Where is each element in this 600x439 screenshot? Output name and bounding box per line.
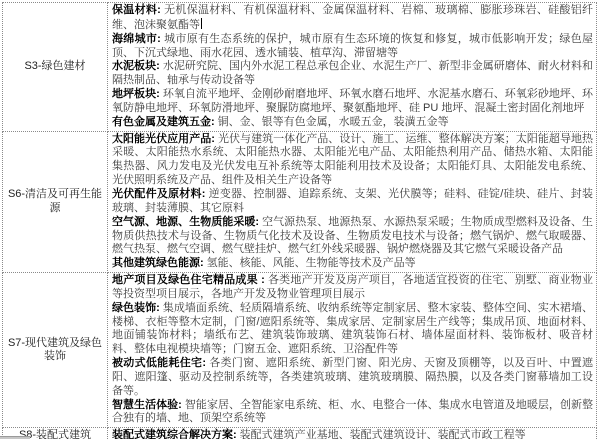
category-item: 有色金属及建筑五金:铜、金、银等有色金属，水暖五金，装潢五金等: [112, 116, 593, 130]
category-item: 装配式建筑综合解决方案:装配式建筑产业基地、装配式建筑设计、装配式市政工程等: [112, 429, 593, 439]
item-text: 无机保温材料、有机保温材料、金属保温材料、岩棉、玻璃棉、膨胀珍珠岩、硅酸铝纤维、…: [112, 4, 593, 31]
item-text: 智能家居、全智能家电系统、柜、水、电整合一体、集成水电管道及地暖层，创新整合独有…: [112, 399, 593, 425]
category-item: 地坪板块:环氧自流平地坪、金刚砂耐磨地坪、环氧水磨石地坪、水泥基水磨石、环氧彩砂…: [112, 88, 593, 116]
item-label: 地坪板块:: [112, 88, 160, 100]
item-label: 空气源、地源、生物质能采暖:: [112, 216, 259, 228]
table-row: S6-清洁及可再生能源太阳能光伏应用产品:光伏与建筑一体化产品、设计、施工、运维…: [3, 131, 597, 272]
table-row: S8-装配式建筑装配式建筑综合解决方案:装配式建筑产业基地、装配式建筑设计、装配…: [3, 428, 597, 439]
text-caret: [201, 18, 202, 29]
item-label: 智慧生活体验:: [112, 399, 182, 411]
category-content-cell[interactable]: 装配式建筑综合解决方案:装配式建筑产业基地、装配式建筑设计、装配式市政工程等: [108, 428, 597, 439]
category-content-cell[interactable]: 地产项目及绿色住宅精品成果 :各类地产开发及房产项目，各地适宜投资的住宅、别墅、…: [108, 273, 597, 428]
item-text: 装配式建筑产业基地、装配式建筑设计、装配式市政工程等: [240, 429, 526, 439]
item-label: 地产项目及绿色住宅精品成果 :: [112, 274, 265, 286]
item-label: 海绵城市:: [112, 33, 161, 45]
category-label[interactable]: S7-现代建筑及绿色装饰: [3, 273, 108, 428]
category-item: 空气源、地源、生物质能采暖:空气源热泵、地源热泵、水源热泵采暖；生物质成型燃料及…: [112, 216, 593, 258]
table-row: S7-现代建筑及绿色装饰地产项目及绿色住宅精品成果 :各类地产开发及房产项目，各…: [3, 273, 597, 428]
item-label: 绿色装饰:: [112, 302, 160, 314]
category-label[interactable]: S3-绿色建材: [3, 3, 108, 132]
category-item: 水泥板块:水泥研究院、国内外水泥工程总承包企业、水泥生产厂、新型非金属研磨体、耐…: [112, 60, 593, 88]
category-item: 其他建筑绿色能源:氢能、核能、风能、生物能等技术及产品等: [112, 257, 593, 271]
category-item: 光伏配件及原材料:逆变器、控制器、追踪系统、支架、光伏膜等；硅料、硅锭/硅块、硅…: [112, 188, 593, 216]
item-label: 被动式低能耗住宅:: [112, 357, 206, 369]
item-label: 装配式建筑综合解决方案:: [112, 429, 237, 439]
item-text: 集成墙面系统、轻质隔墙系统、收纳系统等定制家居、整木家装、整体空间、实木裙墙、楼…: [112, 302, 593, 356]
item-text: 环氧自流平地坪、金刚砂耐磨地坪、环氧水磨石地坪、水泥基水磨石、环氧彩砂地坪、环氧…: [112, 88, 593, 114]
item-text: 城市原有生态系统的保护，城市原有生态环境的恢复和修复，城市低影响开发；绿色屋顶、…: [112, 33, 593, 59]
item-text: 氢能、核能、风能、生物能等技术及产品等: [207, 257, 416, 269]
category-item: 海绵城市:城市原有生态系统的保护，城市原有生态环境的恢复和修复，城市低影响开发；…: [112, 33, 593, 61]
item-text: 水泥研究院、国内外水泥工程总承包企业、水泥生产厂、新型非金属研磨体、耐火材料和隔…: [112, 60, 593, 86]
category-item: 保温材料:无机保温材料、有机保温材料、金属保温材料、岩棉、玻璃棉、膨胀珍珠岩、硅…: [112, 4, 593, 33]
category-content-cell[interactable]: 太阳能光伏应用产品:光伏与建筑一体化产品、设计、施工、运维、整体解决方案；太阳能…: [108, 131, 597, 272]
category-content-cell[interactable]: 保温材料:无机保温材料、有机保温材料、金属保温材料、岩棉、玻璃棉、膨胀珍珠岩、硅…: [108, 3, 597, 132]
item-label: 有色金属及建筑五金:: [112, 116, 215, 128]
table-row: S3-绿色建材保温材料:无机保温材料、有机保温材料、金属保温材料、岩棉、玻璃棉、…: [3, 3, 597, 132]
item-label: 光伏配件及原材料:: [112, 188, 205, 200]
exhibition-category-table: S3-绿色建材保温材料:无机保温材料、有机保温材料、金属保温材料、岩棉、玻璃棉、…: [2, 2, 597, 439]
category-item: 被动式低能耗住宅:各类门窗、遮阳系统、新型门窗、阳光房、天窗及顶棚等，以及百叶、…: [112, 357, 593, 399]
item-label: 水泥板块:: [112, 60, 160, 72]
category-label[interactable]: S6-清洁及可再生能源: [3, 131, 108, 272]
item-text: 铜、金、银等有色金属，水暖五金，装潢五金等: [218, 116, 449, 128]
category-item: 绿色装饰:集成墙面系统、轻质隔墙系统、收纳系统等定制家居、整木家装、整体空间、实…: [112, 302, 593, 357]
category-item: 智慧生活体验:智能家居、全智能家电系统、柜、水、电整合一体、集成水电管道及地暖层…: [112, 399, 593, 427]
category-item: 太阳能光伏应用产品:光伏与建筑一体化产品、设计、施工、运维、整体解决方案；太阳能…: [112, 133, 593, 188]
item-label: 保温材料:: [112, 4, 161, 16]
item-label: 其他建筑绿色能源:: [112, 257, 204, 269]
item-label: 太阳能光伏应用产品:: [112, 133, 215, 145]
category-item: 地产项目及绿色住宅精品成果 :各类地产开发及房产项目，各地适宜投资的住宅、别墅、…: [112, 274, 593, 302]
